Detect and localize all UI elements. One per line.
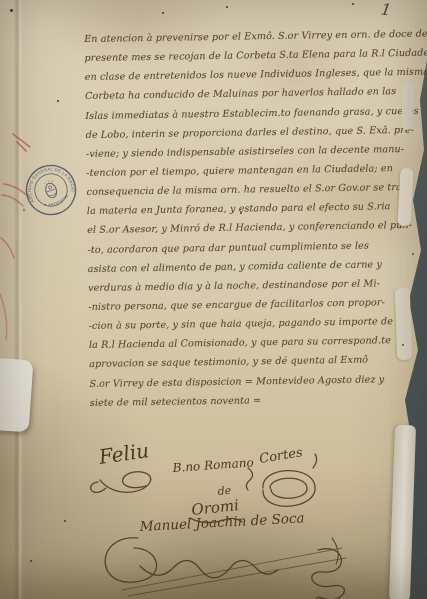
signature-soca: Manuel Joachin de Soca (138, 510, 305, 535)
speck (10, 9, 13, 12)
signature-de: de (217, 484, 232, 498)
torn-edge-fray (395, 288, 413, 360)
torn-edge-fray (401, 82, 414, 130)
speck (412, 253, 414, 255)
speck (226, 6, 228, 8)
signatures-block: Feliu B.no Romano de Oromi Cortes Manuel… (70, 438, 380, 599)
speck (162, 12, 164, 14)
signature-feliu: Feliu (96, 438, 150, 469)
manuscript-photo: { "photo": { "page_number": "1", "paper_… (0, 0, 427, 599)
speck (64, 520, 66, 522)
signature-romano: B.no Romano (171, 455, 254, 475)
paper-tab (0, 358, 33, 433)
speck (57, 100, 59, 102)
speck (240, 212, 242, 214)
speck (30, 560, 32, 562)
manuscript-text-block: En atencion à prevenirse por el Exmô. S.… (84, 25, 420, 413)
signature-cortes: Cortes (258, 445, 304, 467)
speck (352, 3, 354, 5)
speck (402, 344, 404, 346)
